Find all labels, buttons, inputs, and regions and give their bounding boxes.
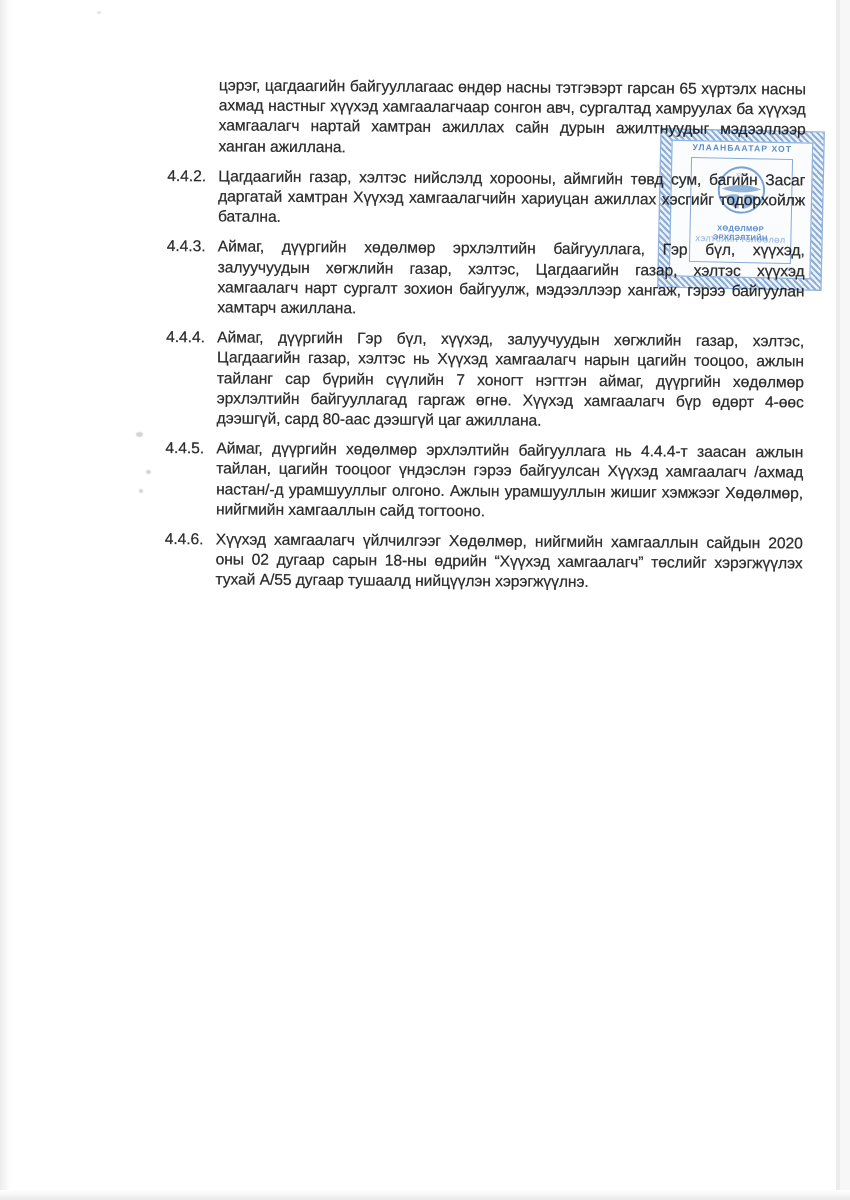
clause-number: 4.4.2. — [167, 167, 218, 228]
stamp-emblem-icon: ХЭУГ — [715, 163, 768, 216]
scan-speck — [97, 11, 101, 14]
clause-number: 4.4.6. — [164, 530, 215, 591]
scan-edge-bottom — [0, 1190, 850, 1200]
clause-text: Аймаг, дүүргийн Гэр бүл, хүүхэд, залуучу… — [217, 329, 805, 434]
clause-number: 4.4.5. — [165, 439, 217, 520]
official-stamp: УЛААНБААТАР ХОТ ХЭУГ ХӨДӨЛМӨР ЭРХЛЭЛТИЙН… — [658, 129, 823, 289]
scan-edge-right-line — [836, 0, 840, 1200]
stamp-residual-ink: ег — [786, 264, 794, 273]
scan-edge-left — [0, 0, 13, 1200]
scan-speck — [146, 470, 151, 474]
clause-number: 4.4.4. — [166, 328, 218, 429]
clause-number: 4.4.3. — [166, 237, 218, 318]
clause-4-4-6: 4.4.6. Хүүхэд хамгаалагч үйлчилгээг Хөдө… — [164, 530, 802, 595]
clause-4-4-5: 4.4.5. Аймаг, дүүргийн хөдөлмөр эрхлэлти… — [165, 439, 804, 524]
clause-text: Аймаг, дүүргийн хөдөлмөр эрхлэлтийн байг… — [216, 440, 804, 525]
clause-text: Хүүхэд хамгаалагч үйлчилгээг Хөдөлмөр, н… — [215, 530, 802, 595]
scan-speck — [139, 489, 143, 493]
clause-4-4-4: 4.4.4. Аймаг, дүүргийн Гэр бүл, хүүхэд, … — [166, 328, 805, 433]
stamp-inner-box: ХЭУГ ХӨДӨЛМӨР ЭРХЛЭЛТИЙН ХЭЛТСИЙН ТӨЛӨӨЛ… — [689, 157, 793, 264]
svg-text:ХЭУГ: ХЭУГ — [736, 172, 748, 177]
scan-edge-right-pale — [840, 0, 850, 1200]
scanned-document-page: цэрэг, цагдаагийн байгууллагаас өндөр на… — [0, 0, 850, 1200]
scan-speck — [136, 432, 143, 437]
stamp-org-line2: ХЭЛТСИЙН ТӨЛӨӨЛӨЛ — [690, 234, 790, 245]
